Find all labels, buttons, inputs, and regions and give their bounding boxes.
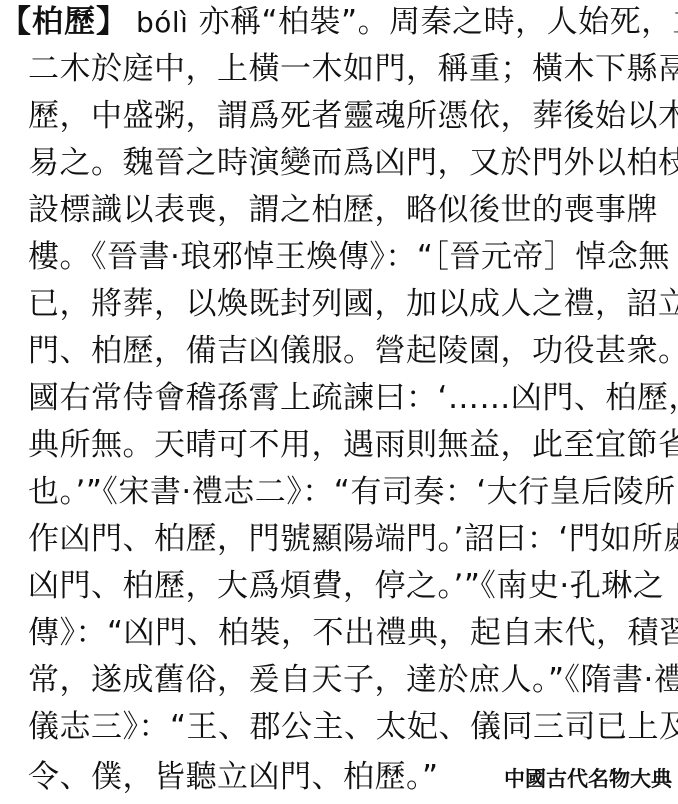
- entry-line-16: 儀志三》：“王、郡公主、太妃、儀同三司已上及: [28, 707, 678, 747]
- entry-line-4: 易之。魏晉之時演變而爲凶門，又於門外以柏枝架: [28, 143, 678, 183]
- entry-line-6: 樓。《晉書·琅邪悼王煥傳》：“［晉元帝］悼念無: [28, 237, 670, 277]
- entry-line-9: 國右常侍會稽孫霄上疏諫曰：‘……凶門、柏歷，禮: [28, 378, 678, 418]
- entry-line-5: 設標識以表喪，謂之柏歷，略似後世的喪事牌: [28, 190, 658, 230]
- entry-line-10: 典所無。天晴可不用，遇雨則無益，此至宜節省者: [28, 425, 678, 465]
- entry-line-12: 作凶門、柏歷，門號顯陽端門。’詔曰：‘門如所處，: [28, 519, 678, 559]
- headword: 【柏歷】: [0, 4, 128, 40]
- pinyin: bólì: [136, 6, 188, 39]
- entry-line-3: 歷，中盛粥，謂爲死者靈魂所憑依，葬後始以木主: [28, 96, 678, 136]
- entry-line-14: 傳》：“凶門、柏裝，不出禮典，起自末代，積習生: [28, 613, 678, 653]
- entry-line-7: 已，將葬，以煥既封列國，加以成人之禮，詔立凶: [28, 284, 678, 324]
- entry-line-8: 門、柏歷，備吉凶儀服。營起陵園，功役甚衆。琅邪: [28, 331, 678, 371]
- entry-line-17: 令、僕，皆聽立凶門、柏歷。”: [28, 757, 439, 797]
- entry-line-15: 常，遂成舊俗，爰自天子，達於庶人。”《隋書·禮: [28, 660, 678, 700]
- entry-line-13: 凶門、柏歷，大爲煩費，停之。’”《南史·孔琳之: [28, 566, 664, 606]
- entry-line-2: 二木於庭中，上橫一木如門，稱重；橫木下縣鬲，即: [28, 49, 678, 89]
- entry-line-1: 【柏歷】bólì亦稱“柏裝”。周秦之時，人始死，立: [0, 2, 678, 42]
- entry-text: 亦稱“柏裝”。周秦之時，人始死，立: [198, 4, 678, 40]
- source-citation: 中國古代名物大典: [504, 764, 672, 794]
- entry-line-11: 也。’”《宋書·禮志二》：“有司奏：‘大行皇后陵所: [28, 472, 676, 512]
